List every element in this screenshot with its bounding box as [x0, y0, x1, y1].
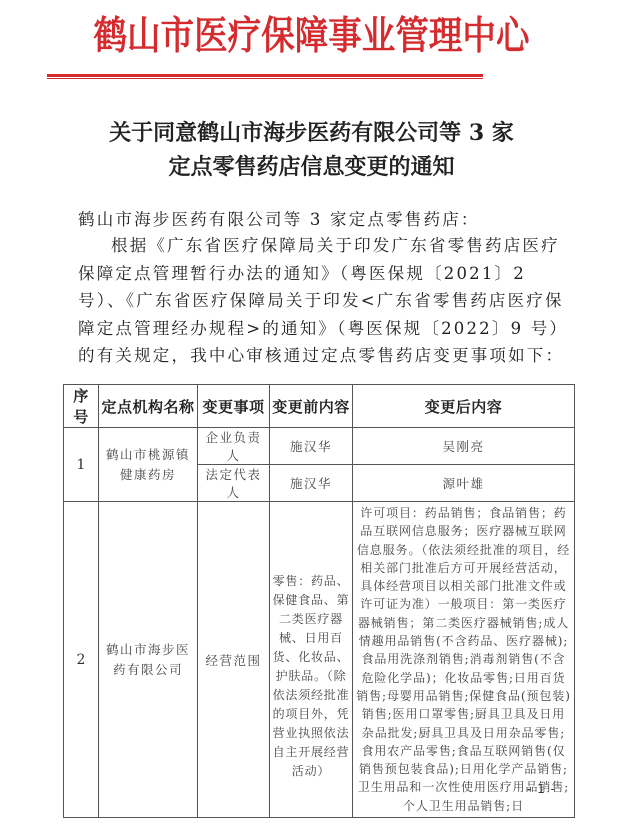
changes-table: 序号 定点机构名称 变更事项 变更前内容 变更后内容 1 鹤山市桃源镇健康药房 … [63, 384, 575, 818]
row-after-content: 吴刚亮 [353, 428, 575, 465]
masthead-org-name: 鹤山市医疗保障事业管理中心 [44, 10, 580, 62]
row-seq: 1 [64, 428, 99, 502]
row-before-content: 零售：药品、保健食品、第二类医疗器械、日用百货、化妆品、护肤品。（除依法须经批准… [270, 502, 353, 818]
document-title-line-1: 关于同意鹤山市海步医药有限公司等 3 家 [0, 118, 623, 148]
header-change-item: 变更事项 [198, 385, 270, 428]
header-institution-name: 定点机构名称 [99, 385, 198, 428]
row-after-content: 许可项目：药品销售；食品销售；药品互联网信息服务；医疗器械互联网信息服务。（依法… [353, 502, 575, 818]
row-institution-name: 鹤山市桃源镇健康药房 [99, 428, 198, 502]
row-institution-name: 鹤山市海步医药有限公司 [99, 502, 198, 818]
row-change-item: 企业负责人 [198, 428, 270, 465]
row-change-item: 经营范围 [198, 502, 270, 818]
row-seq: 2 [64, 502, 99, 818]
header-before-content: 变更前内容 [270, 385, 353, 428]
table-row: 2 鹤山市海步医药有限公司 经营范围 零售：药品、保健食品、第二类医疗器械、日用… [64, 502, 575, 818]
table-header-row: 序号 定点机构名称 变更事项 变更前内容 变更后内容 [64, 385, 575, 428]
body-paragraph: 根据《广东省医疗保障局关于印发广东省零售药店医疗保障定点管理暂行办法的通知》（粤… [78, 232, 574, 370]
header-seq: 序号 [64, 385, 99, 428]
table-row: 1 鹤山市桃源镇健康药房 企业负责人 施汉华 吴刚亮 [64, 428, 575, 465]
masthead-divider-thick [47, 74, 483, 77]
header-after-content: 变更后内容 [353, 385, 575, 428]
page-number: - 1 - [527, 782, 556, 796]
masthead-divider-thin [47, 78, 483, 79]
row-before-content: 施汉华 [270, 465, 353, 502]
row-change-item: 法定代表人 [198, 465, 270, 502]
document-title-line-2: 定点零售药店信息变更的通知 [0, 152, 623, 182]
row-before-content: 施汉华 [270, 428, 353, 465]
row-after-content: 源叶雄 [353, 465, 575, 502]
salutation: 鹤山市海步医药有限公司等 3 家定点零售药店： [78, 206, 578, 234]
